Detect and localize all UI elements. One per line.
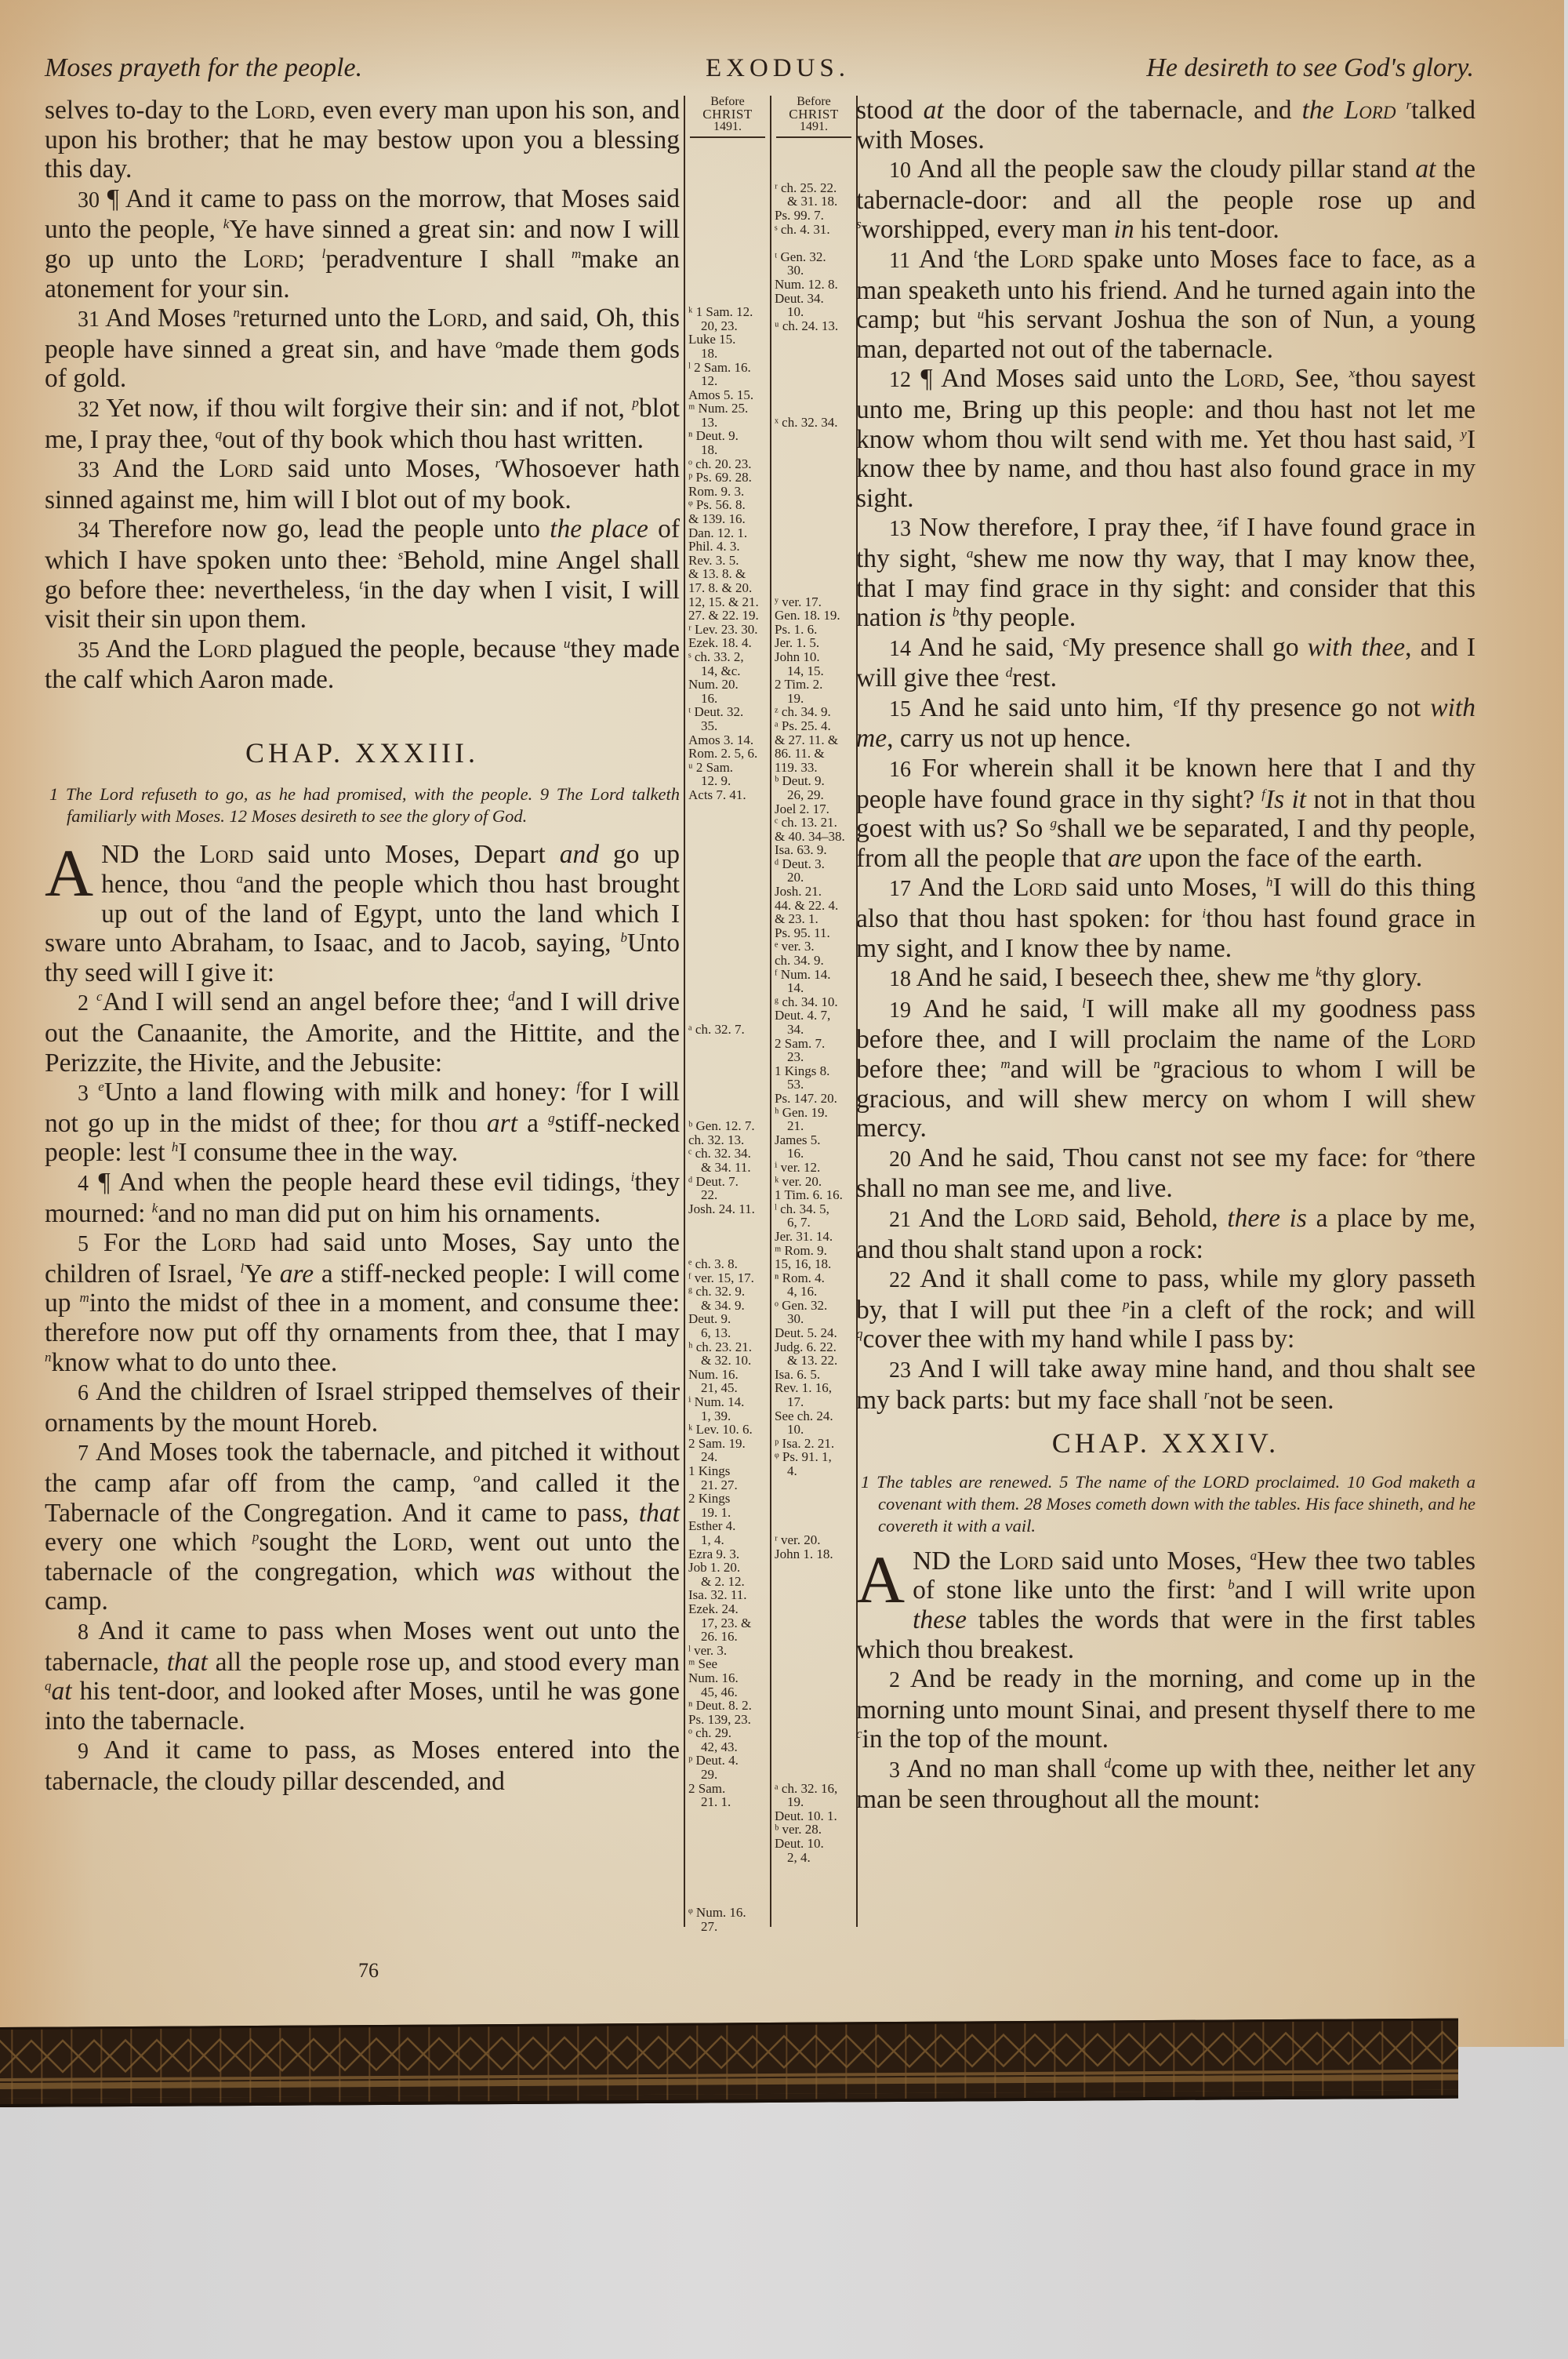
- verse-continuation: stood at the door of the tabernacle, and…: [856, 96, 1475, 154]
- margin-reference: Ezek. 24.: [687, 1602, 768, 1616]
- margin-reference: 27.: [687, 1920, 768, 1934]
- margin-reference: 26. 16.: [687, 1630, 768, 1644]
- margin-reference: [773, 1933, 855, 1947]
- verse-33-13: 13 Now therefore, I pray thee, zif I hav…: [856, 513, 1475, 632]
- running-head-left: Moses prayeth for the people.: [45, 49, 362, 88]
- margin-reference: ᵏ ver. 20.: [773, 1175, 855, 1189]
- margin-reference: See ch. 24.: [773, 1409, 855, 1423]
- margin-reference: 12.: [687, 374, 768, 388]
- margin-reference: ᶻ ch. 34. 9.: [773, 705, 855, 719]
- margin-reference: ᵍ ch. 34. 10.: [773, 995, 855, 1009]
- margin-header-year: 1491.: [776, 121, 851, 133]
- drop-cap: A: [856, 1551, 905, 1608]
- margin-reference: [687, 871, 768, 885]
- margin-reference: ⁿ Deut. 8. 2.: [687, 1699, 768, 1713]
- verse-33-9: 9 And it came to pass, as Moses entered …: [45, 1736, 680, 1796]
- margin-reference: [773, 1671, 855, 1685]
- margin-reference: [773, 1519, 855, 1533]
- gilt-triangle-pattern: [0, 2030, 1458, 2074]
- margin-reference: [773, 2002, 855, 2016]
- verse-33-21: 21 And the Lord said, Behold, there is a…: [856, 1204, 1475, 1264]
- margin-reference: ᵇ Deut. 9.: [773, 774, 855, 788]
- margin-reference: ⁱ Num. 14.: [687, 1395, 768, 1409]
- margin-reference: 2, 4.: [773, 1851, 855, 1865]
- margin-reference: Deut. 10.: [773, 1837, 855, 1851]
- verse-33-16: 16 For wherein shall it be known here th…: [856, 754, 1475, 873]
- running-head-right: He desireth to see God's glory.: [1146, 49, 1474, 88]
- chapter-summary-33: 1 The Lord refuseth to go, as he had pro…: [45, 783, 680, 827]
- margin-reference: [687, 140, 768, 154]
- verse-33-1: AND the Lord said unto Moses, Depart and…: [45, 840, 680, 987]
- margin-reference: [773, 1975, 855, 1989]
- margin-reference: ˢ ch. 33. 2,: [687, 650, 768, 664]
- margin-references-outer: Before CHRIST 1491. ʳ ch. 25. 22.& 31. 1…: [770, 96, 858, 1927]
- margin-reference: Job 1. 20.: [687, 1561, 768, 1575]
- margin-reference: 14.: [773, 981, 855, 995]
- margin-reference: [687, 843, 768, 857]
- verse-31: 31 And Moses nreturned unto the Lord, an…: [45, 304, 680, 394]
- chapter-heading-34: CHAP. XXXIV.: [856, 1429, 1475, 1459]
- margin-reference: [773, 374, 855, 388]
- margin-reference: [773, 361, 855, 375]
- margin-reference: 1 Kings: [687, 1464, 768, 1478]
- margin-reference: [687, 816, 768, 830]
- margin-reference: Ps. 1. 6.: [773, 623, 855, 637]
- margin-reference: [687, 1092, 768, 1106]
- margin-reference: 1, 4.: [687, 1533, 768, 1547]
- margin-date-header: Before CHRIST 1491.: [690, 96, 765, 138]
- margin-reference: [687, 194, 768, 209]
- margin-reference: ᵃ Ps. 25. 4.: [773, 719, 855, 733]
- margin-reference: ᵘ ch. 24. 13.: [773, 319, 855, 333]
- margin-reference: 16.: [773, 1147, 855, 1161]
- margin-reference: 1 Kings 8.: [773, 1064, 855, 1078]
- running-head-book-title: EXODUS.: [676, 49, 880, 88]
- margin-reference: 2 Sam. 7.: [773, 1037, 855, 1051]
- margin-reference: [687, 223, 768, 237]
- verse-34-2: 2 And be ready in the morning, and come …: [856, 1664, 1475, 1754]
- margin-ref-list: ʳ ch. 25. 22.& 31. 18.Ps. 99. 7.ˢ ch. 4.…: [773, 140, 855, 2099]
- margin-reference: 10.: [773, 1423, 855, 1437]
- margin-reference: 6, 7.: [773, 1216, 855, 1230]
- margin-reference: ʰ ch. 23. 21.: [687, 1340, 768, 1354]
- margin-reference: Gen. 18. 19.: [773, 609, 855, 623]
- margin-reference: [687, 250, 768, 264]
- margin-reference: 10.: [773, 305, 855, 319]
- margin-reference: [687, 1837, 768, 1851]
- margin-reference: 17. 8. & 20.: [687, 581, 768, 595]
- verse-32: 32 Yet now, if thou wilt forgive their s…: [45, 394, 680, 454]
- margin-reference: 35.: [687, 719, 768, 733]
- margin-reference: Deut. 9.: [687, 1312, 768, 1326]
- margin-reference: & 23. 1.: [773, 912, 855, 926]
- margin-reference: ᵃ ch. 32. 16,: [773, 1782, 855, 1796]
- margin-reference: ch. 34. 9.: [773, 954, 855, 968]
- margin-reference: [687, 995, 768, 1009]
- margin-reference: [773, 1989, 855, 2003]
- margin-reference: [773, 1616, 855, 1630]
- margin-reference: ᵏ 1 Sam. 12.: [687, 305, 768, 319]
- margin-reference: Amos 3. 14.: [687, 733, 768, 747]
- verse-33-22: 22 And it shall come to pass, while my g…: [856, 1264, 1475, 1354]
- margin-reference: [773, 1726, 855, 1740]
- margin-reference: [687, 167, 768, 181]
- margin-reference: Isa. 63. 9.: [773, 843, 855, 857]
- margin-reference: ᵇ ver. 28.: [773, 1823, 855, 1837]
- margin-reference: Deut. 34.: [773, 292, 855, 306]
- margin-reference: ˡ 2 Sam. 16.: [687, 361, 768, 375]
- margin-reference: Ps. 99. 7.: [773, 209, 855, 223]
- margin-reference: Dan. 12. 1.: [687, 526, 768, 540]
- verse-30: 30 ¶ And it came to pass on the morrow, …: [45, 184, 680, 304]
- margin-reference: [773, 167, 855, 181]
- margin-reference: [773, 388, 855, 402]
- margin-reference: Ps. 95. 11.: [773, 926, 855, 940]
- margin-reference: 42, 43.: [687, 1740, 768, 1754]
- margin-reference: 23.: [773, 1050, 855, 1064]
- verse-33-6: 6 And the children of Israel stripped th…: [45, 1377, 680, 1438]
- margin-reference: ᵐ Rom. 9.: [773, 1244, 855, 1258]
- margin-reference: [687, 968, 768, 982]
- margin-reference: & 32. 10.: [687, 1354, 768, 1368]
- margin-reference: ᵍ ch. 32. 9.: [687, 1285, 768, 1299]
- margin-reference: [687, 830, 768, 844]
- right-text-column: stood at the door of the tabernacle, and…: [856, 96, 1475, 1815]
- verse-continuation: selves to-day to the Lord, even every ma…: [45, 96, 680, 184]
- margin-reference: John 10.: [773, 650, 855, 664]
- margin-reference: 21.: [773, 1119, 855, 1133]
- margin-reference: [687, 264, 768, 278]
- margin-reference: 26, 29.: [773, 788, 855, 802]
- margin-reference: 53.: [773, 1078, 855, 1092]
- margin-reference: ᵏ Lev. 10. 6.: [687, 1423, 768, 1437]
- margin-reference: 34.: [773, 1023, 855, 1037]
- margin-reference: [773, 1878, 855, 1892]
- margin-reference: Ps. 139, 23.: [687, 1713, 768, 1727]
- verse-33-2: 2 cAnd I will send an angel before thee;…: [45, 987, 680, 1078]
- margin-reference: [773, 498, 855, 512]
- margin-reference: [687, 1037, 768, 1051]
- margin-reference: [687, 954, 768, 968]
- margin-reference: 12, 15. & 21.: [687, 595, 768, 609]
- verse-33-12: 12 ¶ And Moses said unto the Lord, See, …: [856, 364, 1475, 513]
- margin-reference: 2 Sam.: [687, 1782, 768, 1796]
- margin-reference: [773, 1685, 855, 1699]
- verse-33-11: 11 And tthe Lord spake unto Moses face t…: [856, 245, 1475, 364]
- margin-reference: ᶜ ch. 32. 34.: [687, 1147, 768, 1161]
- margin-reference: Deut. 5. 24.: [773, 1326, 855, 1340]
- margin-reference: Isa. 32. 11.: [687, 1588, 768, 1602]
- margin-reference: [773, 567, 855, 581]
- verse-33-5: 5 For the Lord had said unto Moses, Say …: [45, 1228, 680, 1377]
- margin-reference: [687, 1878, 768, 1892]
- margin-reference: ᵃ ch. 32. 7.: [687, 1023, 768, 1037]
- verse-33-17: 17 And the Lord said unto Moses, hI will…: [856, 873, 1475, 963]
- margin-reference: Phil. 4. 3.: [687, 540, 768, 554]
- margin-reference: 6, 13.: [687, 1326, 768, 1340]
- margin-reference: 24.: [687, 1450, 768, 1464]
- margin-reference: Deut. 10. 1.: [773, 1809, 855, 1823]
- margin-reference: ᵐ See: [687, 1657, 768, 1671]
- margin-reference: [773, 1630, 855, 1644]
- margin-reference: & 34. 9.: [687, 1299, 768, 1313]
- margin-reference: 19.: [773, 692, 855, 706]
- margin-reference: Rom. 2. 5, 6.: [687, 747, 768, 761]
- decorative-book-binding: [0, 2019, 1458, 2107]
- margin-reference: [773, 347, 855, 361]
- margin-reference: ʸ ver. 17.: [773, 595, 855, 609]
- margin-reference: [773, 1947, 855, 1961]
- margin-reference: [773, 429, 855, 443]
- margin-reference: [687, 926, 768, 940]
- margin-reference: 21. 1.: [687, 1795, 768, 1809]
- margin-reference: Joel 2. 17.: [773, 802, 855, 816]
- margin-reference: & 139. 16.: [687, 512, 768, 526]
- margin-reference: Jer. 31. 14.: [773, 1230, 855, 1244]
- margin-reference: ᶠ Num. 14.: [773, 968, 855, 982]
- margin-reference: & 13. 8. &: [687, 567, 768, 581]
- margin-reference: [687, 1809, 768, 1823]
- margin-ref-list: ᵏ 1 Sam. 12.20, 23.Luke 15.18.ˡ 2 Sam. 1…: [687, 140, 768, 1933]
- margin-reference: 16.: [687, 692, 768, 706]
- margin-reference: & 34. 11.: [687, 1161, 768, 1175]
- margin-reference: [773, 512, 855, 526]
- margin-reference: ᵉ ch. 3. 8.: [687, 1257, 768, 1271]
- margin-reference: Rev. 3. 5.: [687, 554, 768, 568]
- margin-reference: [773, 1575, 855, 1589]
- margin-reference: [773, 443, 855, 457]
- margin-reference: ᵘ 2 Sam.: [687, 761, 768, 775]
- margin-reference: [773, 1602, 855, 1616]
- margin-reference: 22.: [687, 1188, 768, 1202]
- margin-reference: Ps. 147. 20.: [773, 1092, 855, 1106]
- margin-reference: Acts 7. 41.: [687, 788, 768, 802]
- margin-reference: [773, 471, 855, 485]
- margin-reference: [773, 1561, 855, 1575]
- margin-reference: Isa. 6. 5.: [773, 1368, 855, 1382]
- margin-reference: ⁱ ver. 12.: [773, 1161, 855, 1175]
- margin-reference: James 5.: [773, 1133, 855, 1147]
- margin-reference: ⁿ Rom. 4.: [773, 1271, 855, 1285]
- margin-reference: [773, 457, 855, 471]
- chapter-summary-34: 1 The tables are renewed. 5 The name of …: [856, 1471, 1475, 1537]
- margin-reference: Rev. 1. 16,: [773, 1381, 855, 1395]
- verse-34: 34 Therefore now go, lead the people unt…: [45, 514, 680, 634]
- margin-reference: ⁿ Deut. 9.: [687, 429, 768, 443]
- margin-reference: ᵉ ver. 3.: [773, 940, 855, 954]
- margin-reference: [773, 402, 855, 416]
- margin-reference: [687, 1078, 768, 1092]
- margin-reference: John 1. 18.: [773, 1547, 855, 1561]
- margin-reference: ᵖ Ps. 69. 28.: [687, 471, 768, 485]
- verse-33-4: 4 ¶ And when the people heard these evil…: [45, 1168, 680, 1228]
- margin-reference: 20, 23.: [687, 319, 768, 333]
- margin-reference: [773, 1920, 855, 1934]
- page-number: 76: [358, 1959, 379, 1983]
- margin-reference: ˡ ch. 34. 5,: [773, 1202, 855, 1216]
- margin-reference: [773, 236, 855, 250]
- margin-reference: ᵒ ch. 29.: [687, 1726, 768, 1740]
- margin-reference: Esther 4.: [687, 1519, 768, 1533]
- margin-reference: 30.: [773, 1312, 855, 1326]
- margin-reference: [773, 485, 855, 499]
- margin-reference: ᵈ Deut. 3.: [773, 857, 855, 871]
- margin-reference: & 40. 34–38.: [773, 830, 855, 844]
- margin-reference: [687, 1216, 768, 1230]
- margin-reference: ᵠ Ps. 56. 8.: [687, 498, 768, 512]
- margin-reference: [687, 940, 768, 954]
- margin-reference: [773, 1492, 855, 1506]
- margin-header-christ: CHRIST: [776, 108, 851, 121]
- margin-reference: & 27. 11. &: [773, 733, 855, 747]
- margin-reference: [687, 1050, 768, 1064]
- verse-33-10: 10 And all the people saw the cloudy pil…: [856, 154, 1475, 245]
- margin-reference: 21, 45.: [687, 1381, 768, 1395]
- margin-reference: Num. 16.: [687, 1368, 768, 1382]
- verse-33-19: 19 And he said, lI will make all my good…: [856, 994, 1475, 1143]
- margin-reference: [687, 278, 768, 292]
- margin-reference: [773, 1644, 855, 1658]
- margin-reference: [773, 554, 855, 568]
- margin-reference: [687, 181, 768, 195]
- margin-reference: 2 Kings: [687, 1492, 768, 1506]
- margin-reference: [773, 1864, 855, 1878]
- margin-reference: Luke 15.: [687, 333, 768, 347]
- margin-reference: 44. & 22. 4.: [773, 899, 855, 913]
- margin-reference: [687, 1823, 768, 1837]
- margin-reference: ʳ ch. 25. 22.: [773, 181, 855, 195]
- margin-reference: ᵈ Deut. 7.: [687, 1175, 768, 1189]
- margin-reference: [687, 1230, 768, 1244]
- margin-reference: [773, 540, 855, 554]
- margin-date-header: Before CHRIST 1491.: [776, 96, 851, 138]
- margin-reference: [687, 1064, 768, 1078]
- margin-reference: [687, 1244, 768, 1258]
- margin-reference: Deut. 4. 7,: [773, 1009, 855, 1023]
- verse-33-18: 18 And he said, I beseech thee, shew me …: [856, 963, 1475, 994]
- margin-reference: [773, 1506, 855, 1520]
- verse-34-3: 3 And no man shall dcome up with thee, n…: [856, 1754, 1475, 1815]
- verse-33-15: 15 And he said unto him, eIf thy presenc…: [856, 693, 1475, 754]
- margin-reference: Josh. 21.: [773, 885, 855, 899]
- margin-reference: [687, 209, 768, 223]
- margin-reference: ᶠ ver. 15, 17.: [687, 1271, 768, 1285]
- margin-reference: Josh. 24. 11.: [687, 1202, 768, 1216]
- margin-reference: [773, 333, 855, 347]
- margin-reference: ʰ Gen. 19.: [773, 1106, 855, 1120]
- margin-reference: 17, 23. &: [687, 1616, 768, 1630]
- margin-reference: 21. 27.: [687, 1478, 768, 1492]
- margin-reference: [773, 1713, 855, 1727]
- margin-reference: [687, 981, 768, 995]
- margin-reference: ᵖ Isa. 2. 21.: [773, 1437, 855, 1451]
- margin-reference: & 31. 18.: [773, 194, 855, 209]
- margin-reference: Num. 16.: [687, 1671, 768, 1685]
- margin-reference: 27. & 22. 19.: [687, 609, 768, 623]
- margin-reference: ᵠ Num. 16.: [687, 1906, 768, 1920]
- margin-reference: 1 Tim. 6. 16.: [773, 1188, 855, 1202]
- margin-reference: 30.: [773, 264, 855, 278]
- margin-references-inner: Before CHRIST 1491. ᵏ 1 Sam. 12.20, 23.L…: [684, 96, 771, 1927]
- margin-reference: [773, 1588, 855, 1602]
- verse-33-23: 23 And I will take away mine hand, and t…: [856, 1354, 1475, 1415]
- margin-reference: 19.: [773, 1795, 855, 1809]
- drop-cap: A: [45, 845, 93, 901]
- verse-33-14: 14 And he said, cMy presence shall go wi…: [856, 633, 1475, 693]
- margin-reference: ᵖ Deut. 4.: [687, 1754, 768, 1768]
- margin-reference: [773, 1892, 855, 1906]
- margin-reference: 2 Sam. 19.: [687, 1437, 768, 1451]
- margin-reference: [687, 857, 768, 871]
- margin-reference: ᵒ Gen. 32.: [773, 1299, 855, 1313]
- margin-reference: [773, 154, 855, 168]
- margin-reference: [687, 1009, 768, 1023]
- margin-reference: [687, 154, 768, 168]
- margin-reference: [687, 292, 768, 306]
- margin-reference: Amos 5. 15.: [687, 388, 768, 402]
- left-text-column: selves to-day to the Lord, even every ma…: [45, 96, 680, 1796]
- verse-33-8: 8 And it came to pass when Moses went ou…: [45, 1616, 680, 1736]
- margin-reference: & 2. 12.: [687, 1575, 768, 1589]
- margin-reference: [773, 581, 855, 595]
- margin-header-year: 1491.: [690, 121, 765, 133]
- margin-reference: [687, 1851, 768, 1865]
- margin-reference: 13.: [687, 416, 768, 430]
- margin-reference: Num. 20.: [687, 678, 768, 692]
- book-page: Moses prayeth for the people. EXODUS. He…: [0, 0, 1564, 2047]
- margin-reference: ˢ ch. 4. 31.: [773, 223, 855, 237]
- margin-reference: 45, 46.: [687, 1685, 768, 1699]
- margin-reference: [687, 802, 768, 816]
- margin-reference: [687, 1864, 768, 1878]
- margin-reference: [773, 1740, 855, 1754]
- margin-reference: 14, &c.: [687, 664, 768, 678]
- margin-reference: ʳ Lev. 23. 30.: [687, 623, 768, 637]
- margin-reference: & 13. 22.: [773, 1354, 855, 1368]
- verse-34-1: AND the Lord said unto Moses, aHew thee …: [856, 1547, 1475, 1664]
- margin-reference: Judg. 6. 22.: [773, 1340, 855, 1354]
- margin-reference: [687, 236, 768, 250]
- verse-33: 33 And the Lord said unto Moses, rWhosoe…: [45, 454, 680, 514]
- margin-reference: 18.: [687, 347, 768, 361]
- margin-reference: 12. 9.: [687, 774, 768, 788]
- margin-reference: [687, 899, 768, 913]
- margin-reference: ch. 32. 13.: [687, 1133, 768, 1147]
- verse-35: 35 And the Lord plagued the people, beca…: [45, 634, 680, 695]
- margin-reference: 29.: [687, 1768, 768, 1782]
- margin-reference: 119. 33.: [773, 761, 855, 775]
- margin-header-christ: CHRIST: [690, 108, 765, 121]
- margin-reference: Jer. 1. 5.: [773, 636, 855, 650]
- margin-reference: [773, 1906, 855, 1920]
- margin-reference: ᵗ Deut. 32.: [687, 705, 768, 719]
- margin-reference: Ezek. 18. 4.: [687, 636, 768, 650]
- margin-reference: [773, 1657, 855, 1671]
- margin-reference: 14, 15.: [773, 664, 855, 678]
- margin-reference: 4, 16.: [773, 1285, 855, 1299]
- margin-reference: 19. 1.: [687, 1506, 768, 1520]
- margin-reference: [773, 1699, 855, 1713]
- margin-reference: [687, 1106, 768, 1120]
- margin-reference: ʳ ver. 20.: [773, 1533, 855, 1547]
- verse-33-3: 3 eUnto a land flowing with milk and hon…: [45, 1078, 680, 1168]
- margin-reference: [773, 1961, 855, 1975]
- margin-reference: ˣ ch. 32. 34.: [773, 416, 855, 430]
- margin-reference: Num. 12. 8.: [773, 278, 855, 292]
- margin-reference: 20.: [773, 871, 855, 885]
- margin-reference: ᵗ Gen. 32.: [773, 250, 855, 264]
- chapter-heading-33: CHAP. XXXIII.: [45, 739, 680, 769]
